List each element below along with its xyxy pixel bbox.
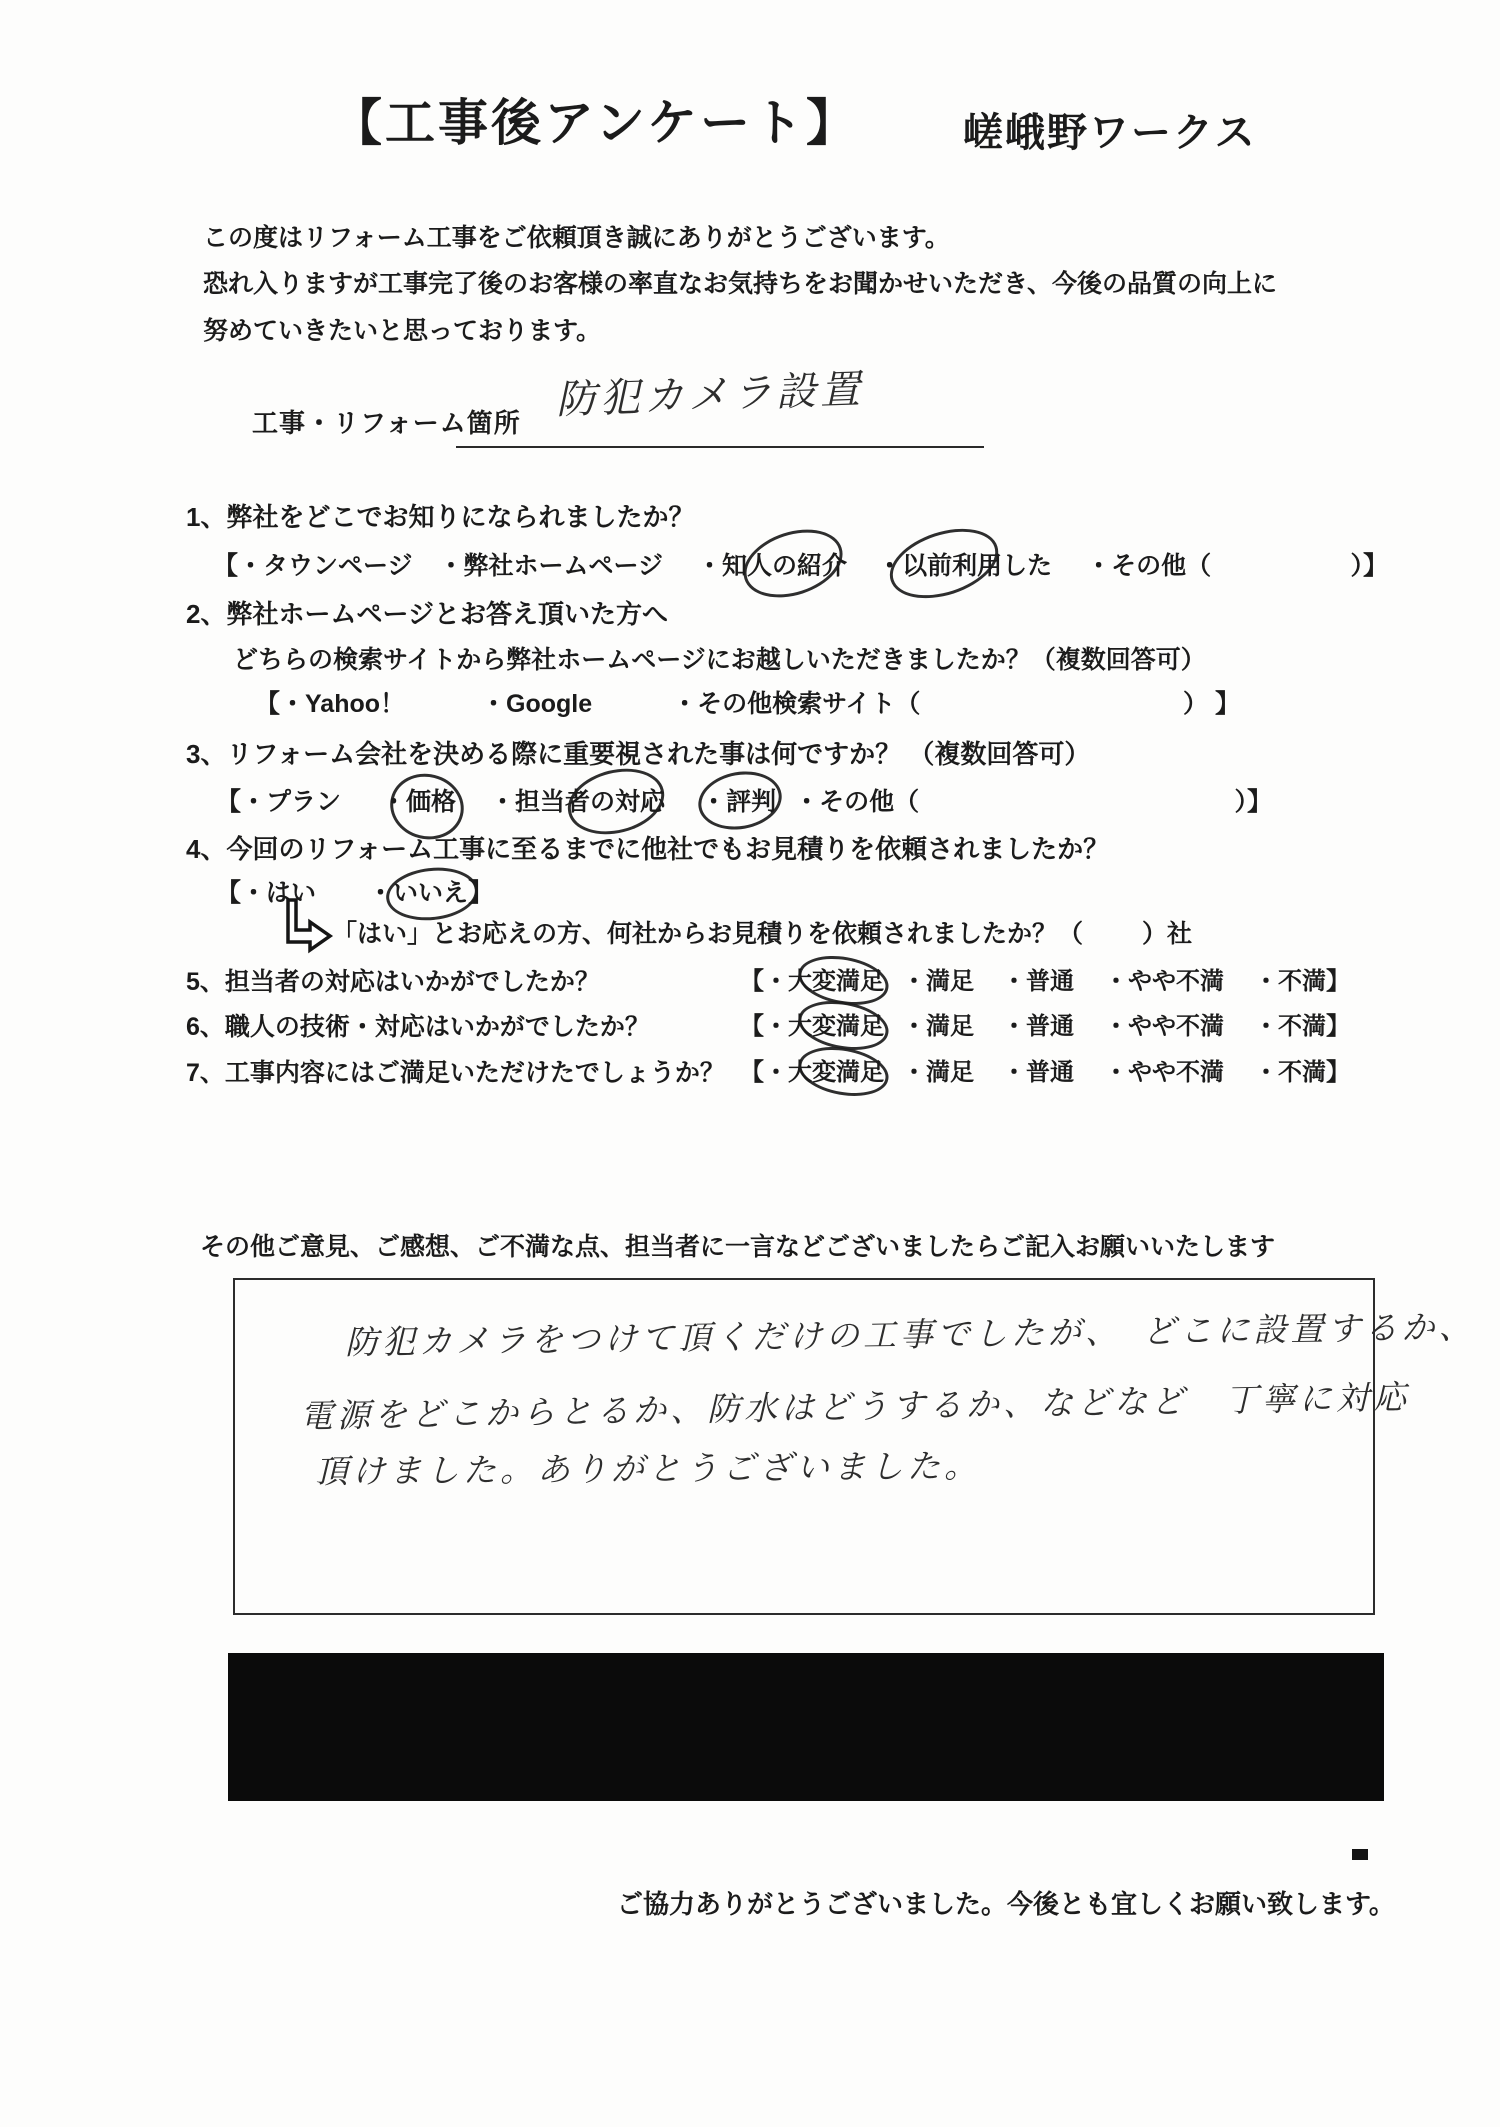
q3-heading: 3、リフォーム会社を決める際に重要視された事は何ですか？ （複数回答可） (186, 740, 1090, 770)
intro-line-2: 恐れ入りますが工事完了後のお客様の率直なお気持ちをお聞かせいただき、今後の品質の… (203, 270, 1277, 299)
intro-line-1: この度はリフォーム工事をご依頼頂き誠にありがとうございます。 (203, 224, 950, 253)
q5-option-neutral: ・普通 (1002, 968, 1074, 996)
q1-options: 【 ・タウンページ ・弊社ホームページ ・知人の紹介 ・以前利用した ・その他（… (213, 552, 1388, 581)
q4-followup-paren-open: （ (1058, 920, 1083, 949)
q3-bracket-open: 【 (216, 788, 241, 817)
q6-option-very-satisfied-circled: ・大変満足 (764, 1013, 884, 1041)
q1-option-friend-referral-circled: ・知人の紹介 (697, 552, 847, 581)
q2-bracket-close: ） 】 (1183, 690, 1240, 719)
q5-option-satisfied: ・満足 (902, 968, 974, 996)
q4-bracket-close: 】 (468, 879, 493, 908)
q4-bracket-open: 【 (216, 879, 241, 908)
q1-bracket-open: 【 (213, 552, 238, 581)
q3-option-other: ・その他（ (794, 788, 919, 817)
q3-option-plan: ・プラン (241, 788, 341, 817)
q1-option-used-before-circled: ・以前利用した (877, 552, 1052, 581)
q5-scale: 【 ・大変満足 ・満足 ・普通 ・やや不満 ・不満 】 (740, 968, 1380, 996)
q5-option-somewhat-dissatisfied: ・やや不満 (1104, 968, 1224, 996)
q4-options: 【 ・はい ・ いいえ 】 (216, 879, 493, 908)
q4-option-no-dot: ・ (368, 879, 393, 908)
q5-option-very-satisfied-circled: ・大変満足 (764, 968, 884, 996)
q2-heading: 2、弊社ホームページとお答え頂いた方へ (186, 600, 668, 630)
q6-bracket-open: 【 (740, 1013, 764, 1041)
q1-option-other: ・その他（ (1086, 552, 1211, 581)
q7-bracket-open: 【 (740, 1059, 764, 1087)
q7-option-satisfied: ・満足 (902, 1059, 974, 1087)
q6-option-neutral: ・普通 (1002, 1013, 1074, 1041)
q1-option-company-homepage: ・弊社ホームページ (439, 552, 664, 581)
intro-line-3: 努めていきたいと思っております。 (203, 317, 601, 346)
q1-bracket-close: ）】 (1350, 552, 1388, 581)
q5-option-dissatisfied: ・不満 (1254, 968, 1326, 996)
q7-scale: 【 ・大変満足 ・満足 ・普通 ・やや不満 ・不満 】 (740, 1059, 1380, 1087)
q7-bracket-close: 】 (1326, 1059, 1350, 1087)
q1-option-townpage: ・タウンページ (238, 552, 413, 581)
q7-option-very-satisfied-circled: ・大変満足 (764, 1059, 884, 1087)
q6-scale: 【 ・大変満足 ・満足 ・普通 ・やや不満 ・不満 】 (740, 1013, 1380, 1041)
comment-handwritten-line-3: 頂けました。ありがとうございました。 (315, 1447, 981, 1491)
q4-followup-unit: ）社 (1142, 920, 1192, 949)
q2-option-yahoo: ・Yahoo！ (280, 690, 405, 719)
q4-followup-question: 「はい」とお応えの方、何社からお見積りを依頼されましたか？ (332, 920, 1057, 949)
q7-option-neutral: ・普通 (1002, 1059, 1074, 1087)
q6-option-dissatisfied: ・不満 (1254, 1013, 1326, 1041)
q2-subheading: どちらの検索サイトから弊社ホームページにお越しいただきましたか？（複数回答可） (233, 646, 1206, 675)
branch-arrow-icon (282, 898, 334, 965)
q7-heading: 7、工事内容にはご満足いただけたでしょうか？ (186, 1059, 725, 1088)
q1-heading: 1、弊社をどこでお知りになられましたか？ (186, 503, 694, 533)
q2-option-other-search: ・その他検索サイト（ (672, 690, 920, 719)
q6-heading: 6、職人の技術・対応はいかがでしたか？ (186, 1013, 650, 1042)
comments-prompt: その他ご意見、ご感想、ご不満な点、担当者に一言などございましたらご記入お願いいた… (200, 1233, 1275, 1262)
q2-bracket-open: 【 (255, 690, 280, 719)
q3-option-staff-response-circled: ・担当者の対応 (490, 788, 665, 817)
q5-bracket-open: 【 (740, 968, 764, 996)
q7-option-dissatisfied: ・不満 (1254, 1059, 1326, 1087)
q7-option-somewhat-dissatisfied: ・やや不満 (1104, 1059, 1224, 1087)
q2-option-google: ・Google (481, 690, 592, 719)
q5-heading: 5、担当者の対応はいかがでしたか？ (186, 968, 600, 997)
company-name: 嵯峨野ワークス (963, 110, 1257, 156)
footer-thanks: ご協力ありがとうございました。今後とも宜しくお願い致します。 (617, 1890, 1395, 1920)
q6-option-satisfied: ・満足 (902, 1013, 974, 1041)
q3-option-price-circled: ・価格 (381, 788, 456, 817)
scanned-survey-document: 【工事後アンケート】 嵯峨野ワークス この度はリフォーム工事をご依頼頂き誠にあり… (0, 0, 1500, 2127)
q6-bracket-close: 】 (1326, 1013, 1350, 1041)
redaction-bar (228, 1653, 1384, 1801)
q2-options: 【 ・Yahoo！ ・Google ・その他検索サイト（ ） 】 (255, 690, 1240, 719)
form-title: 【工事後アンケート】 (332, 95, 859, 153)
q3-options: 【 ・プラン ・価格 ・担当者の対応 ・評判 ・その他（ ）】 (216, 788, 1272, 817)
q5-bracket-close: 】 (1326, 968, 1350, 996)
q3-bracket-close: ）】 (1234, 788, 1272, 817)
q3-option-reputation-circled: ・評判 (701, 788, 776, 817)
q4-heading: 4、今回のリフォーム工事に至るまでに他社でもお見積りを依頼されましたか？ (186, 835, 1109, 865)
redaction-mark (1352, 1849, 1368, 1860)
q4-option-no-circled: いいえ (393, 879, 468, 908)
q6-option-somewhat-dissatisfied: ・やや不満 (1104, 1013, 1224, 1041)
